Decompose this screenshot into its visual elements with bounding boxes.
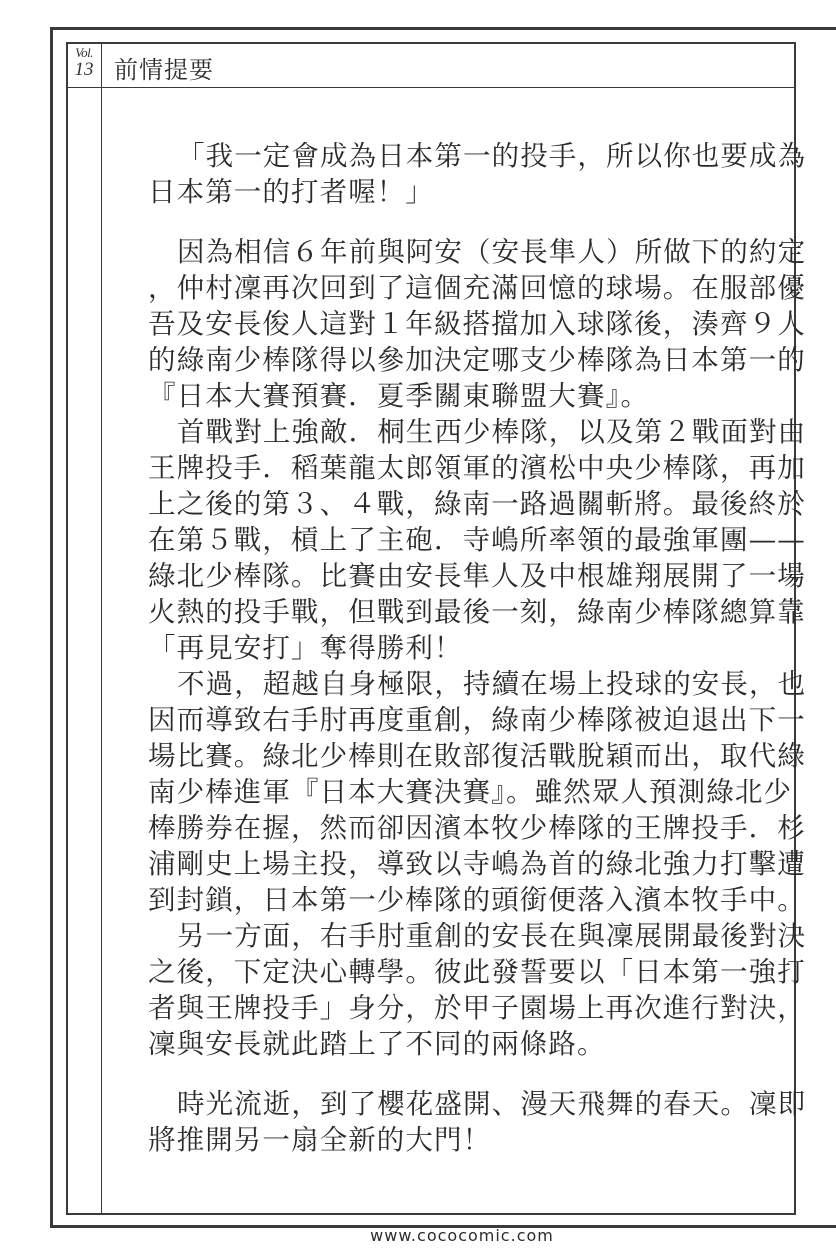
text-line: 的綠南少棒隊得以參加決定哪支少棒隊為日本第一的 <box>148 342 748 378</box>
text-line: 浦剛史上場主投，導致以寺嶋為首的綠北強力打擊遭 <box>148 846 748 882</box>
text-line: 之後，下定決心轉學。彼此發誓要以「日本第一強打 <box>148 954 748 990</box>
volume-number: 13 <box>68 60 100 79</box>
text-line: 時光流逝，到了櫻花盛開、漫天飛舞的春天。凜即 <box>148 1086 748 1122</box>
text-line: 場比賽。綠北少棒則在敗部復活戰脫穎而出，取代綠 <box>148 738 748 774</box>
text-line: 將推開另一扇全新的大門！ <box>148 1122 748 1158</box>
volume-word: Vol. <box>68 46 100 59</box>
text-line: 火熱的投手戰，但戰到最後一刻，綠南少棒隊總算靠 <box>148 594 748 630</box>
text-line: 「我一定會成為日本第一的投手，所以你也要成為 <box>148 138 748 174</box>
text-line: 日本第一的打者喔！」 <box>148 174 748 210</box>
text-line: 吾及安長俊人這對１年級搭擋加入球隊後，湊齊９人 <box>148 306 748 342</box>
paragraph-2: 因為相信６年前與阿安（安長隼人）所做下的約定 ，仲村凜再次回到了這個充滿回憶的球… <box>148 234 748 414</box>
header-divider <box>66 87 796 88</box>
text-line: 「再見安打」奪得勝利！ <box>148 630 748 666</box>
site-watermark: www.cococomic.com <box>0 1226 836 1245</box>
paragraph-4: 不過，超越自身極限，持續在場上投球的安長，也 因而導致右手肘再度重創，綠南少棒隊… <box>148 666 748 918</box>
paragraph-6: 時光流逝，到了櫻花盛開、漫天飛舞的春天。凜即 將推開另一扇全新的大門！ <box>148 1086 748 1158</box>
text-line: 南少棒進軍『日本大賽決賽』。雖然眾人預測綠北少 <box>148 774 748 810</box>
text-line: 凜與安長就此踏上了不同的兩條路。 <box>148 1026 748 1062</box>
paragraph-5: 另一方面，右手肘重創的安長在與凜展開最後對決 之後，下定決心轉學。彼此發誓要以「… <box>148 918 748 1062</box>
paragraph-gap <box>148 210 748 234</box>
synopsis-body: 「我一定會成為日本第一的投手，所以你也要成為 日本第一的打者喔！」 因為相信６年… <box>148 138 748 1158</box>
text-line: 『日本大賽預賽．夏季關東聯盟大賽』。 <box>148 378 748 414</box>
text-line: 綠北少棒隊。比賽由安長隼人及中根雄翔展開了一場 <box>148 558 748 594</box>
text-line: 王牌投手．稻葉龍太郎領軍的濱松中央少棒隊，再加 <box>148 450 748 486</box>
text-line: 因為相信６年前與阿安（安長隼人）所做下的約定 <box>148 234 748 270</box>
text-line: 到封鎖，日本第一少棒隊的頭銜便落入濱本牧手中。 <box>148 882 748 918</box>
text-line: ，仲村凜再次回到了這個充滿回憶的球場。在服部優 <box>148 270 748 306</box>
volume-column-divider <box>101 42 102 1215</box>
text-line: 另一方面，右手肘重創的安長在與凜展開最後對決 <box>148 918 748 954</box>
paragraph-gap <box>148 1062 748 1086</box>
text-line: 因而導致右手肘再度重創，綠南少棒隊被迫退出下一 <box>148 702 748 738</box>
text-line: 者與王牌投手」身分，於甲子園場上再次進行對決， <box>148 990 748 1026</box>
volume-label: Vol. 13 <box>68 46 100 79</box>
text-line: 在第５戰，槓上了主砲．寺嶋所率領的最強軍團—— <box>148 522 748 558</box>
paragraph-1: 「我一定會成為日本第一的投手，所以你也要成為 日本第一的打者喔！」 <box>148 138 748 210</box>
text-line: 上之後的第３、４戰，綠南一路過關斬將。最後終於 <box>148 486 748 522</box>
paragraph-3: 首戰對上強敵．桐生西少棒隊，以及第２戰面對由 王牌投手．稻葉龍太郎領軍的濱松中央… <box>148 414 748 666</box>
text-line: 首戰對上強敵．桐生西少棒隊，以及第２戰面對由 <box>148 414 748 450</box>
text-line: 不過，超越自身極限，持續在場上投球的安長，也 <box>148 666 748 702</box>
text-line: 棒勝券在握，然而卻因濱本牧少棒隊的王牌投手．杉 <box>148 810 748 846</box>
section-title: 前情提要 <box>114 50 214 85</box>
